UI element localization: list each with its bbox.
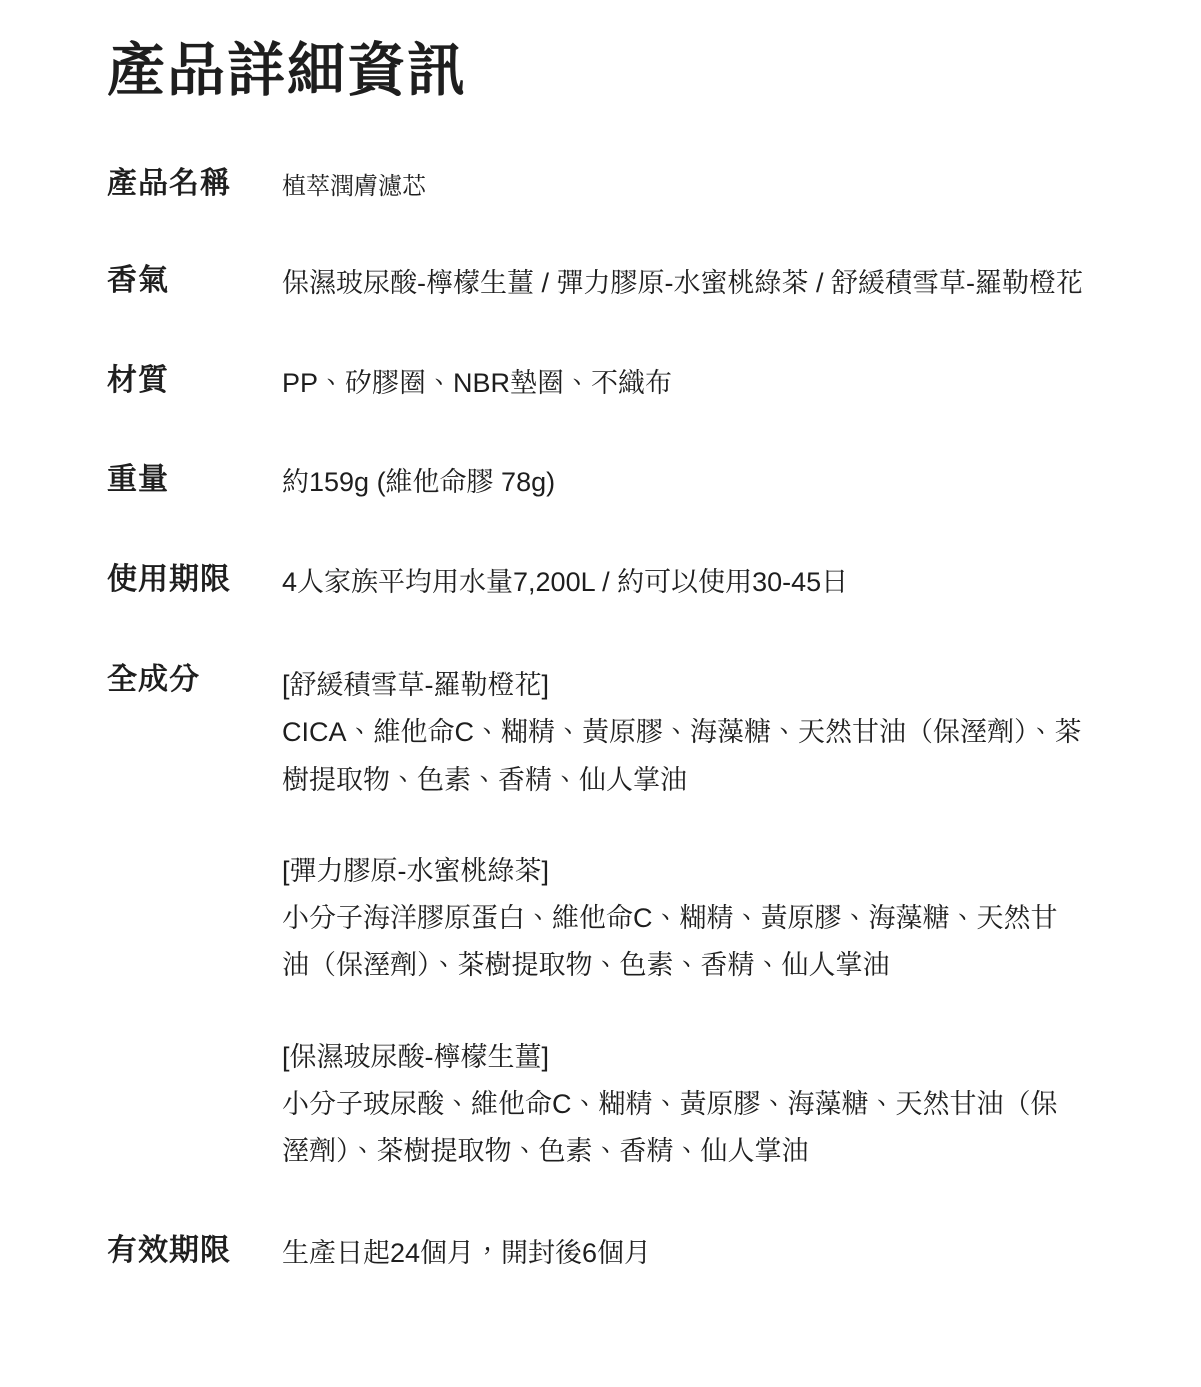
detail-row-full-ingredients: 全成分 [舒緩積雪草-羅勒橙花] CICA、維他命C、糊精、黃原膠、海藻糖、天然… xyxy=(107,660,1181,1175)
ingredient-block-hyaluronic: [保濕玻尿酸-檸檬生薑] 小分子玻尿酸、維他命C、糊精、黃原膠、海藻糖、天然甘油… xyxy=(282,1034,1082,1176)
ingredient-block-cica: [舒緩積雪草-羅勒橙花] CICA、維他命C、糊精、黃原膠、海藻糖、天然甘油（保… xyxy=(282,662,1082,804)
row-value-material: PP、矽膠圈、NBR墊圈、不織布 xyxy=(282,361,1181,405)
ingredient-heading-hyaluronic: [保濕玻尿酸-檸檬生薑] xyxy=(282,1034,1082,1081)
detail-row-shelf-life: 有效期限 生產日起24個月，開封後6個月 xyxy=(107,1231,1181,1275)
row-value-fragrance: 保濕玻尿酸-檸檬生薑 / 彈力膠原-水蜜桃綠茶 / 舒緩積雪草-羅勒橙花 xyxy=(282,261,1181,305)
row-label-shelf-life: 有效期限 xyxy=(107,1231,282,1272)
ingredient-body-hyaluronic: 小分子玻尿酸、維他命C、糊精、黃原膠、海藻糖、天然甘油（保溼劑）、茶樹提取物、色… xyxy=(282,1081,1082,1176)
row-label-usage-period: 使用期限 xyxy=(107,560,282,601)
row-value-full-ingredients: [舒緩積雪草-羅勒橙花] CICA、維他命C、糊精、黃原膠、海藻糖、天然甘油（保… xyxy=(282,660,1082,1175)
row-label-fragrance: 香氣 xyxy=(107,261,282,302)
detail-row-product-name: 產品名稱 植萃潤膚濾芯 xyxy=(107,164,1181,205)
row-label-product-name: 產品名稱 xyxy=(107,164,282,205)
detail-row-usage-period: 使用期限 4人家族平均用水量7,200L / 約可以使用30-45日 xyxy=(107,560,1181,604)
ingredient-heading-cica: [舒緩積雪草-羅勒橙花] xyxy=(282,662,1082,709)
ingredient-heading-collagen: [彈力膠原-水蜜桃綠茶] xyxy=(282,848,1082,895)
product-details-section: 產品詳細資訊 產品名稱 植萃潤膚濾芯 香氣 保濕玻尿酸-檸檬生薑 / 彈力膠原-… xyxy=(0,0,1201,1387)
row-value-usage-period: 4人家族平均用水量7,200L / 約可以使用30-45日 xyxy=(282,560,1181,604)
detail-row-material: 材質 PP、矽膠圈、NBR墊圈、不織布 xyxy=(107,361,1181,405)
row-value-shelf-life: 生產日起24個月，開封後6個月 xyxy=(282,1231,1181,1275)
row-value-product-name: 植萃潤膚濾芯 xyxy=(282,164,1181,205)
row-label-full-ingredients: 全成分 xyxy=(107,660,282,701)
detail-row-fragrance: 香氣 保濕玻尿酸-檸檬生薑 / 彈力膠原-水蜜桃綠茶 / 舒緩積雪草-羅勒橙花 xyxy=(107,261,1181,305)
page-title: 產品詳細資訊 xyxy=(107,36,1181,106)
row-label-material: 材質 xyxy=(107,361,282,402)
ingredient-body-cica: CICA、維他命C、糊精、黃原膠、海藻糖、天然甘油（保溼劑）、茶樹提取物、色素、… xyxy=(282,709,1082,804)
ingredient-body-collagen: 小分子海洋膠原蛋白、維他命C、糊精、黃原膠、海藻糖、天然甘油（保溼劑）、茶樹提取… xyxy=(282,895,1082,990)
ingredient-block-collagen: [彈力膠原-水蜜桃綠茶] 小分子海洋膠原蛋白、維他命C、糊精、黃原膠、海藻糖、天… xyxy=(282,848,1082,990)
row-value-weight: 約159g (維他命膠 78g) xyxy=(282,460,1181,504)
row-label-weight: 重量 xyxy=(107,460,282,501)
detail-row-weight: 重量 約159g (維他命膠 78g) xyxy=(107,460,1181,504)
